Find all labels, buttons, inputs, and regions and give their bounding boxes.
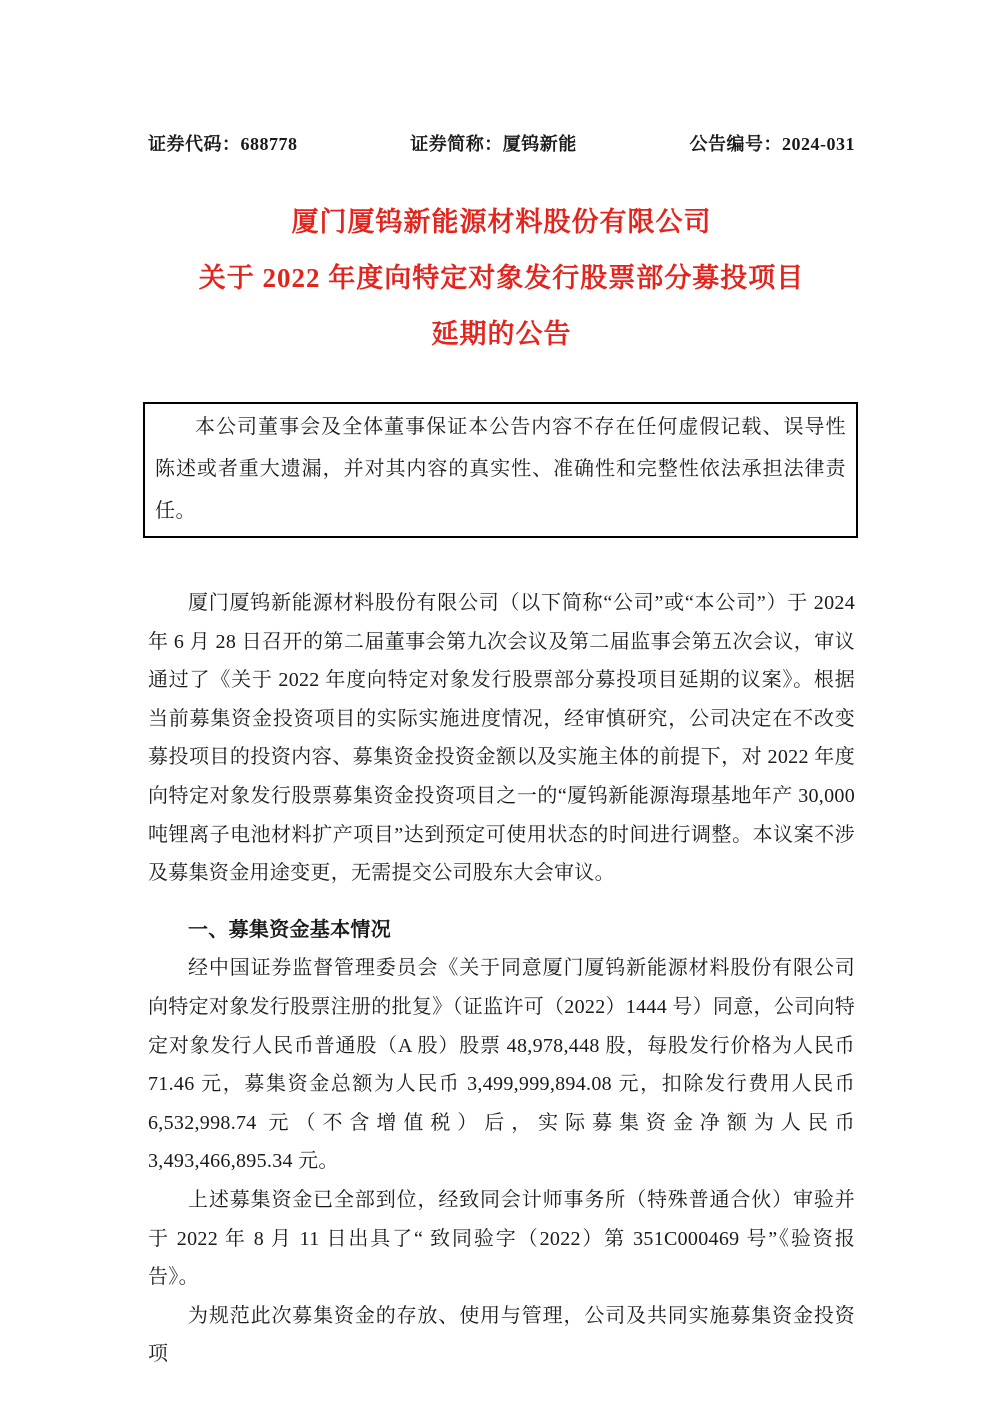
title-line-type: 延期的公告	[148, 306, 855, 362]
announcement-number-value: 2024-031	[782, 134, 855, 154]
stock-code-value: 688778	[241, 134, 298, 154]
section-heading-fund-basics: 一、募集资金基本情况	[148, 911, 855, 950]
stock-name: 证券简称：厦钨新能	[410, 130, 577, 156]
paragraph-fund-management-partial: 为规范此次募集资金的存放、使用与管理，公司及共同实施募集资金投资项	[148, 1297, 855, 1374]
announcement-number: 公告编号：2024-031	[690, 130, 856, 156]
paragraph-fund-raising: 经中国证券监督管理委员会《关于同意厦门厦钨新能源材料股份有限公司向特定对象发行股…	[148, 949, 855, 1181]
document-header: 证券代码：688778 证券简称：厦钨新能 公告编号：2024-031	[148, 130, 855, 156]
stock-name-value: 厦钨新能	[503, 134, 577, 154]
paragraph-resolution: 厦门厦钨新能源材料股份有限公司（以下简称“公司”或“本公司”）于 2024 年 …	[148, 584, 855, 893]
paragraph-verification-report: 上述募集资金已全部到位，经致同会计师事务所（特殊普通合伙）审验并于 2022 年…	[148, 1181, 855, 1297]
disclaimer-text: 本公司董事会及全体董事保证本公告内容不存在任何虚假记载、误导性陈述或者重大遗漏，…	[155, 416, 846, 522]
disclaimer-box: 本公司董事会及全体董事保证本公告内容不存在任何虚假记载、误导性陈述或者重大遗漏，…	[143, 402, 858, 538]
announcement-title: 厦门厦钨新能源材料股份有限公司 关于 2022 年度向特定对象发行股票部分募投项…	[148, 194, 855, 362]
stock-name-label: 证券简称：	[410, 134, 503, 154]
title-line-subject: 关于 2022 年度向特定对象发行股票部分募投项目	[148, 250, 855, 306]
announcement-number-label: 公告编号：	[690, 134, 783, 154]
document-body: 厦门厦钨新能源材料股份有限公司（以下简称“公司”或“本公司”）于 2024 年 …	[148, 584, 855, 1374]
announcement-page: 证券代码：688778 证券简称：厦钨新能 公告编号：2024-031 厦门厦钨…	[0, 0, 1000, 1414]
title-line-company: 厦门厦钨新能源材料股份有限公司	[148, 194, 855, 250]
stock-code-label: 证券代码：	[148, 134, 241, 154]
stock-code: 证券代码：688778	[148, 130, 298, 156]
